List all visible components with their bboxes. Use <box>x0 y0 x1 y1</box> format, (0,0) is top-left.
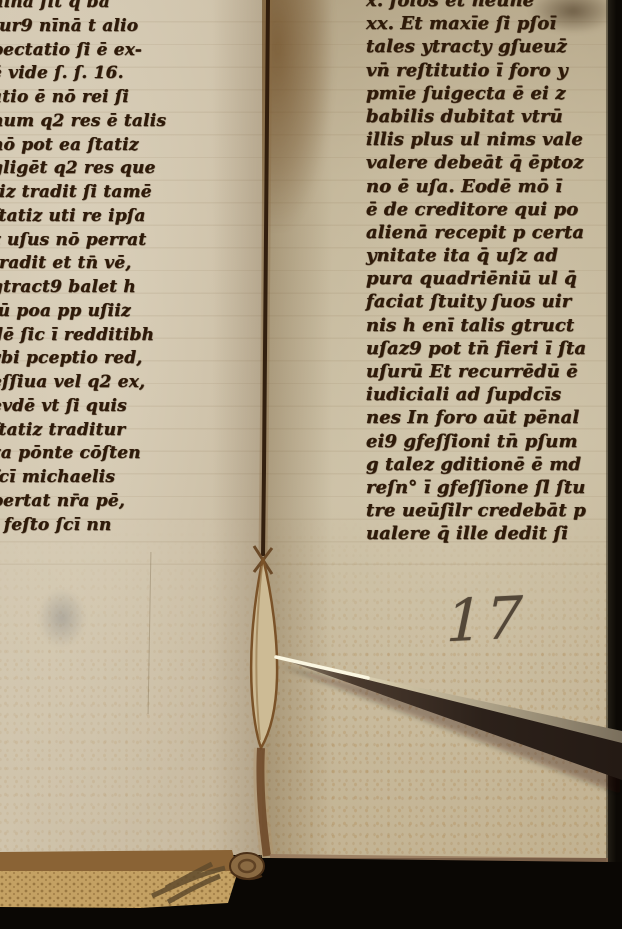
manuscript-line: tre ueūſilr credebāt p <box>366 499 586 522</box>
right-edge-shadow <box>606 0 622 862</box>
gutter-stain <box>262 0 334 230</box>
manuscript-line: uſurū Et recurrēdū ē <box>366 360 586 383</box>
folio-number: 17 <box>445 583 536 656</box>
manuscript-line: z uſus nō perrat <box>0 229 166 253</box>
left-page-text: nīnā ſit q̄ batur9 nīnā t aliopectatio ſ… <box>0 0 166 537</box>
manuscript-line: atio ē nō rei ſi <box>0 86 166 110</box>
left-page: nīnā ſit q̄ batur9 nīnā t aliopectatio ſ… <box>0 0 267 855</box>
manuscript-line: pectatio ſi ē ex- <box>0 39 166 63</box>
manuscript-line: dē ſic ī redditibh <box>0 324 166 348</box>
thread-knot-coil <box>239 860 255 872</box>
manuscript-line: babilis dubitat vtrū <box>366 105 586 128</box>
thread-knot-shadow <box>231 872 262 879</box>
thread-knot <box>230 853 264 879</box>
manuscript-line: gligēt q2 res que <box>0 157 166 181</box>
manuscript-line: gtract9 balet h <box>0 276 166 300</box>
manuscript-line: iū poa pp uſiiz <box>0 300 166 324</box>
manuscript-line: pmīe ſuigecta ē ei z <box>366 82 586 105</box>
manuscript-line: x. ſolos et neune <box>366 0 586 12</box>
manuscript-line: ynitate ita q̄ uſz ad <box>366 244 586 267</box>
manuscript-line: tradit et tn̄ vē, <box>0 252 166 276</box>
manuscript-line: iudiciali ad ſupdcīs <box>366 383 586 406</box>
manuscript-line: vn̄ reſtitutio ī foro y <box>366 59 586 82</box>
manuscript-line: tales ytracty gſueuz̄ <box>366 35 586 58</box>
manuscript-line: ualere q̄ ille dedit ſi <box>366 522 586 545</box>
manuscript-line: nīnā ſit q̄ ba <box>0 0 166 15</box>
manuscript-line: faciat ſtuity ſuos uir <box>366 290 586 313</box>
manuscript-line: no ē uſa. Eodē mō ī <box>366 175 586 198</box>
manuscript-line: alienā recepit p certa <box>366 221 586 244</box>
manuscript-line: pura quadriēniū ul q̄ <box>366 267 586 290</box>
manuscript-line: nō pot ea ſtatiz <box>0 134 166 158</box>
manuscript-line: nis h enī talis gtruct <box>366 314 586 337</box>
manuscript-photo: nīnā ſit q̄ batur9 nīnā t aliopectatio ſ… <box>0 0 622 929</box>
right-page-text: x. ſolos et neunexx. Et maxīe ſi pſoītal… <box>366 0 586 546</box>
manuscript-line: za pōnte cōſten <box>0 442 166 466</box>
manuscript-line: eſſiua vel q2 ex, <box>0 371 166 395</box>
manuscript-line: evdē vt ſi quis <box>0 395 166 419</box>
manuscript-line: illis plus ul nims vale <box>366 128 586 151</box>
manuscript-line: num q2 res ē talis <box>0 110 166 134</box>
manuscript-line: reſn° ī gfeſſione ſl ſtu <box>366 476 586 499</box>
manuscript-line: ē vide ſ. ſ. 16. <box>0 62 166 86</box>
manuscript-line: nes In foro aūt pēnal <box>366 406 586 429</box>
manuscript-line: ſtatiz uti re ipſa <box>0 205 166 229</box>
right-page: x. ſolos et neunexx. Et maxīe ſi pſoītal… <box>262 0 608 858</box>
scratch-mark <box>148 552 152 714</box>
manuscript-line: tur9 nīnā t alio <box>0 15 166 39</box>
manuscript-line: uſaz9 pot tn̄ fieri ī ſta <box>366 337 586 360</box>
manuscript-line: valere debeāt q̄ ēptoz <box>366 151 586 174</box>
manuscript-line: tiz tradit ſi tamē <box>0 181 166 205</box>
manuscript-line: pertat nr̄a pē, <box>0 490 166 514</box>
gutter-shadow <box>212 0 267 855</box>
manuscript-line: xx. Et maxīe ſi pſoī <box>366 12 586 35</box>
ink-smudge <box>36 586 88 650</box>
frayed-thread <box>152 864 225 902</box>
page-edge-strip-texture <box>0 871 238 908</box>
manuscript-line: ī feſto ſcī nn <box>0 514 166 538</box>
page-edge-strip <box>0 871 238 908</box>
manuscript-line: ē de creditore qui po <box>366 198 586 221</box>
manuscript-line: ei9 gfeſſioni tn̄ pſum <box>366 430 586 453</box>
manuscript-line: vbi pceptio red, <box>0 347 166 371</box>
manuscript-line: ſtatiz traditur <box>0 419 166 443</box>
manuscript-line: ſcī michaelis <box>0 466 166 490</box>
manuscript-line: g talez gditionē ē md <box>366 453 586 476</box>
